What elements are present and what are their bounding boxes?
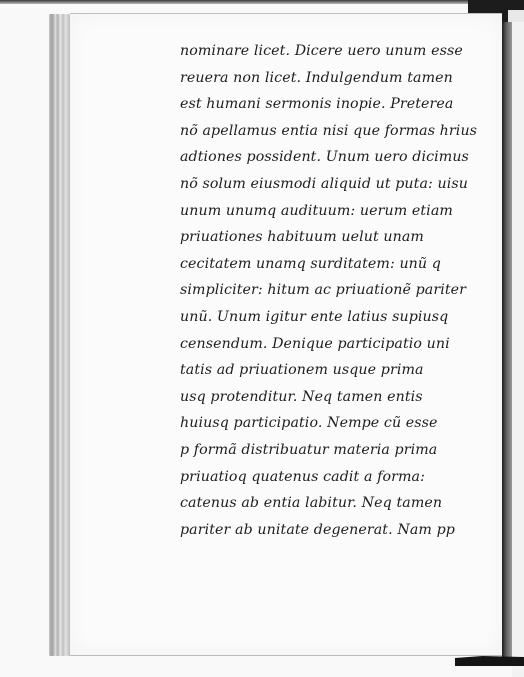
text-line-6: nõ solum eiusmodi aliquid ut puta: uisu xyxy=(180,171,470,198)
text-line-17: priuatioq quatenus cadit a forma: xyxy=(180,464,470,491)
scanner-top-shadow xyxy=(0,0,524,4)
text-line-5: adtiones possident. Unum uero dicimus xyxy=(180,144,470,171)
text-line-7: unum unumq audituum: uerum etiam xyxy=(180,198,470,225)
text-line-1: nominare licet. Dicere uero unum esse xyxy=(180,38,470,65)
text-line-10: simpliciter: hitum ac priuationẽ pariter xyxy=(180,277,470,304)
handwritten-text-block: nominare licet. Dicere uero unum esse re… xyxy=(180,38,470,543)
scanner-bottom-shadow xyxy=(455,656,524,666)
text-line-12: censendum. Denique participatio uni xyxy=(180,331,470,358)
text-line-11: unũ. Unum igitur ente latius supiusq xyxy=(180,304,470,331)
text-line-15: huiusq participatio. Nempe cũ esse xyxy=(180,410,470,437)
adjacent-page-strip xyxy=(512,22,524,677)
manuscript-scan: nominare licet. Dicere uero unum esse re… xyxy=(0,0,524,677)
text-line-4: nõ apellamus entia nisi que formas hrius xyxy=(180,118,470,145)
text-line-16: p formã distribuatur materia prima xyxy=(180,437,470,464)
text-line-9: cecitatem unamq surditatem: unũ q xyxy=(180,251,470,278)
text-line-3: est humani sermonis inopie. Preterea xyxy=(180,91,470,118)
text-line-2: reuera non licet. Indulgendum tamen xyxy=(180,65,470,92)
text-line-18: catenus ab entia labitur. Neq tamen xyxy=(180,490,470,517)
text-line-13: tatis ad priuationem usque prima xyxy=(180,357,470,384)
text-line-14: usq protenditur. Neq tamen entis xyxy=(180,384,470,411)
text-line-8: priuationes habituum uelut unam xyxy=(180,224,470,251)
text-line-19: pariter ab unitate degenerat. Nam pp xyxy=(180,517,470,544)
page-corner-lip xyxy=(508,10,524,22)
binding-gutter-shadow xyxy=(502,22,512,662)
